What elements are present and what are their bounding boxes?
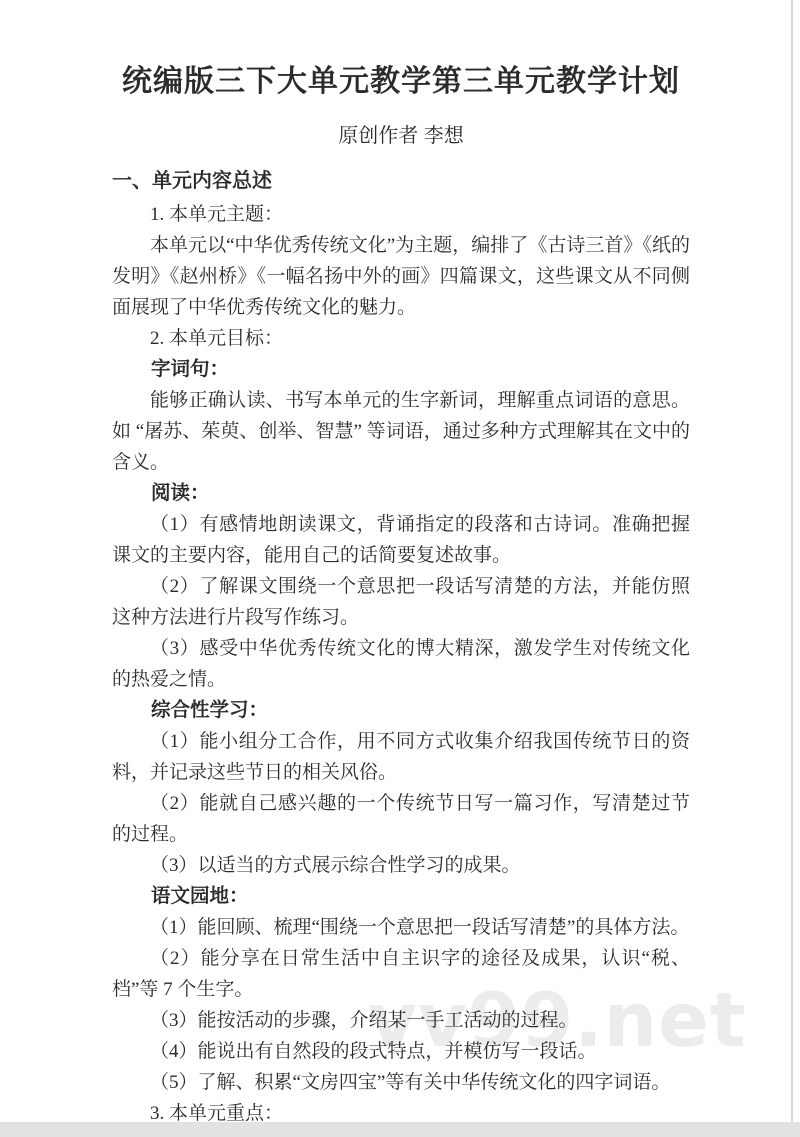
paragraph-garden-item-1: （1）能回顾、梳理“围绕一个意思把一段话写清楚”的具体方法。 bbox=[112, 912, 690, 943]
paragraph-words-phrases-body: 能够正确认读、书写本单元的生字新词，理解重点词语的意思。如 “屠苏、茱萸、创举、… bbox=[112, 385, 690, 478]
paragraph-garden-item-3: （3）能按活动的步骤，介绍某一手工活动的过程。 bbox=[112, 1005, 690, 1036]
paragraph-unit-goals-label: 2. 本单元目标： bbox=[112, 323, 690, 354]
section-heading: 一、单元内容总述 bbox=[112, 166, 690, 197]
document-page: 统编版三下大单元教学第三单元教学计划 原创作者 李想 一、单元内容总述 1. 本… bbox=[112, 62, 690, 1129]
paragraph-comprehensive-item-2: （2）能就自己感兴趣的一个传统节日写一篇习作，写清楚过节的过程。 bbox=[112, 788, 690, 850]
screenshot-root: { "document": { "title": "统编版三下大单元教学第三单元… bbox=[0, 0, 800, 1137]
paragraph-reading-item-1: （1）有感情地朗读课文，背诵指定的段落和古诗词。准确把握课文的主要内容，能用自己… bbox=[112, 509, 690, 571]
paragraph-reading-item-2: （2）了解课文围绕一个意思把一段话写清楚的方法，并能仿照这种方法进行片段写作练习… bbox=[112, 571, 690, 633]
subheading-words-phrases: 字词句： bbox=[112, 354, 690, 385]
paragraph-comprehensive-item-3: （3）以适当的方式展示综合性学习的成果。 bbox=[112, 850, 690, 881]
bottom-gray-bar bbox=[0, 1122, 800, 1137]
subheading-language-garden: 语文园地： bbox=[112, 881, 690, 912]
author-byline: 原创作者 李想 bbox=[112, 122, 690, 150]
page-right-edge-line bbox=[791, 0, 793, 1122]
subheading-reading: 阅读： bbox=[112, 478, 690, 509]
paragraph-garden-item-2: （2）能分享在日常生活中自主识字的途径及成果，认识“税、档”等 7 个生字。 bbox=[112, 943, 690, 1005]
paragraph-garden-item-5: （5）了解、积累“文房四宝”等有关中华传统文化的四字词语。 bbox=[112, 1067, 690, 1098]
paragraph-comprehensive-item-1: （1）能小组分工合作，用不同方式收集介绍我国传统节日的资料，并记录这些节日的相关… bbox=[112, 726, 690, 788]
paragraph-unit-theme-body: 本单元以“中华优秀传统文化”为主题，编排了《古诗三首》《纸的发明》《赵州桥》《一… bbox=[112, 230, 690, 323]
document-title: 统编版三下大单元教学第三单元教学计划 bbox=[112, 62, 690, 102]
paragraph-reading-item-3: （3）感受中华优秀传统文化的博大精深，激发学生对传统文化的热爱之情。 bbox=[112, 633, 690, 695]
paragraph-unit-theme-label: 1. 本单元主题： bbox=[112, 199, 690, 230]
subheading-comprehensive-learning: 综合性学习： bbox=[112, 695, 690, 726]
paragraph-garden-item-4: （4）能说出有自然段的段式特点，并模仿写一段话。 bbox=[112, 1036, 690, 1067]
